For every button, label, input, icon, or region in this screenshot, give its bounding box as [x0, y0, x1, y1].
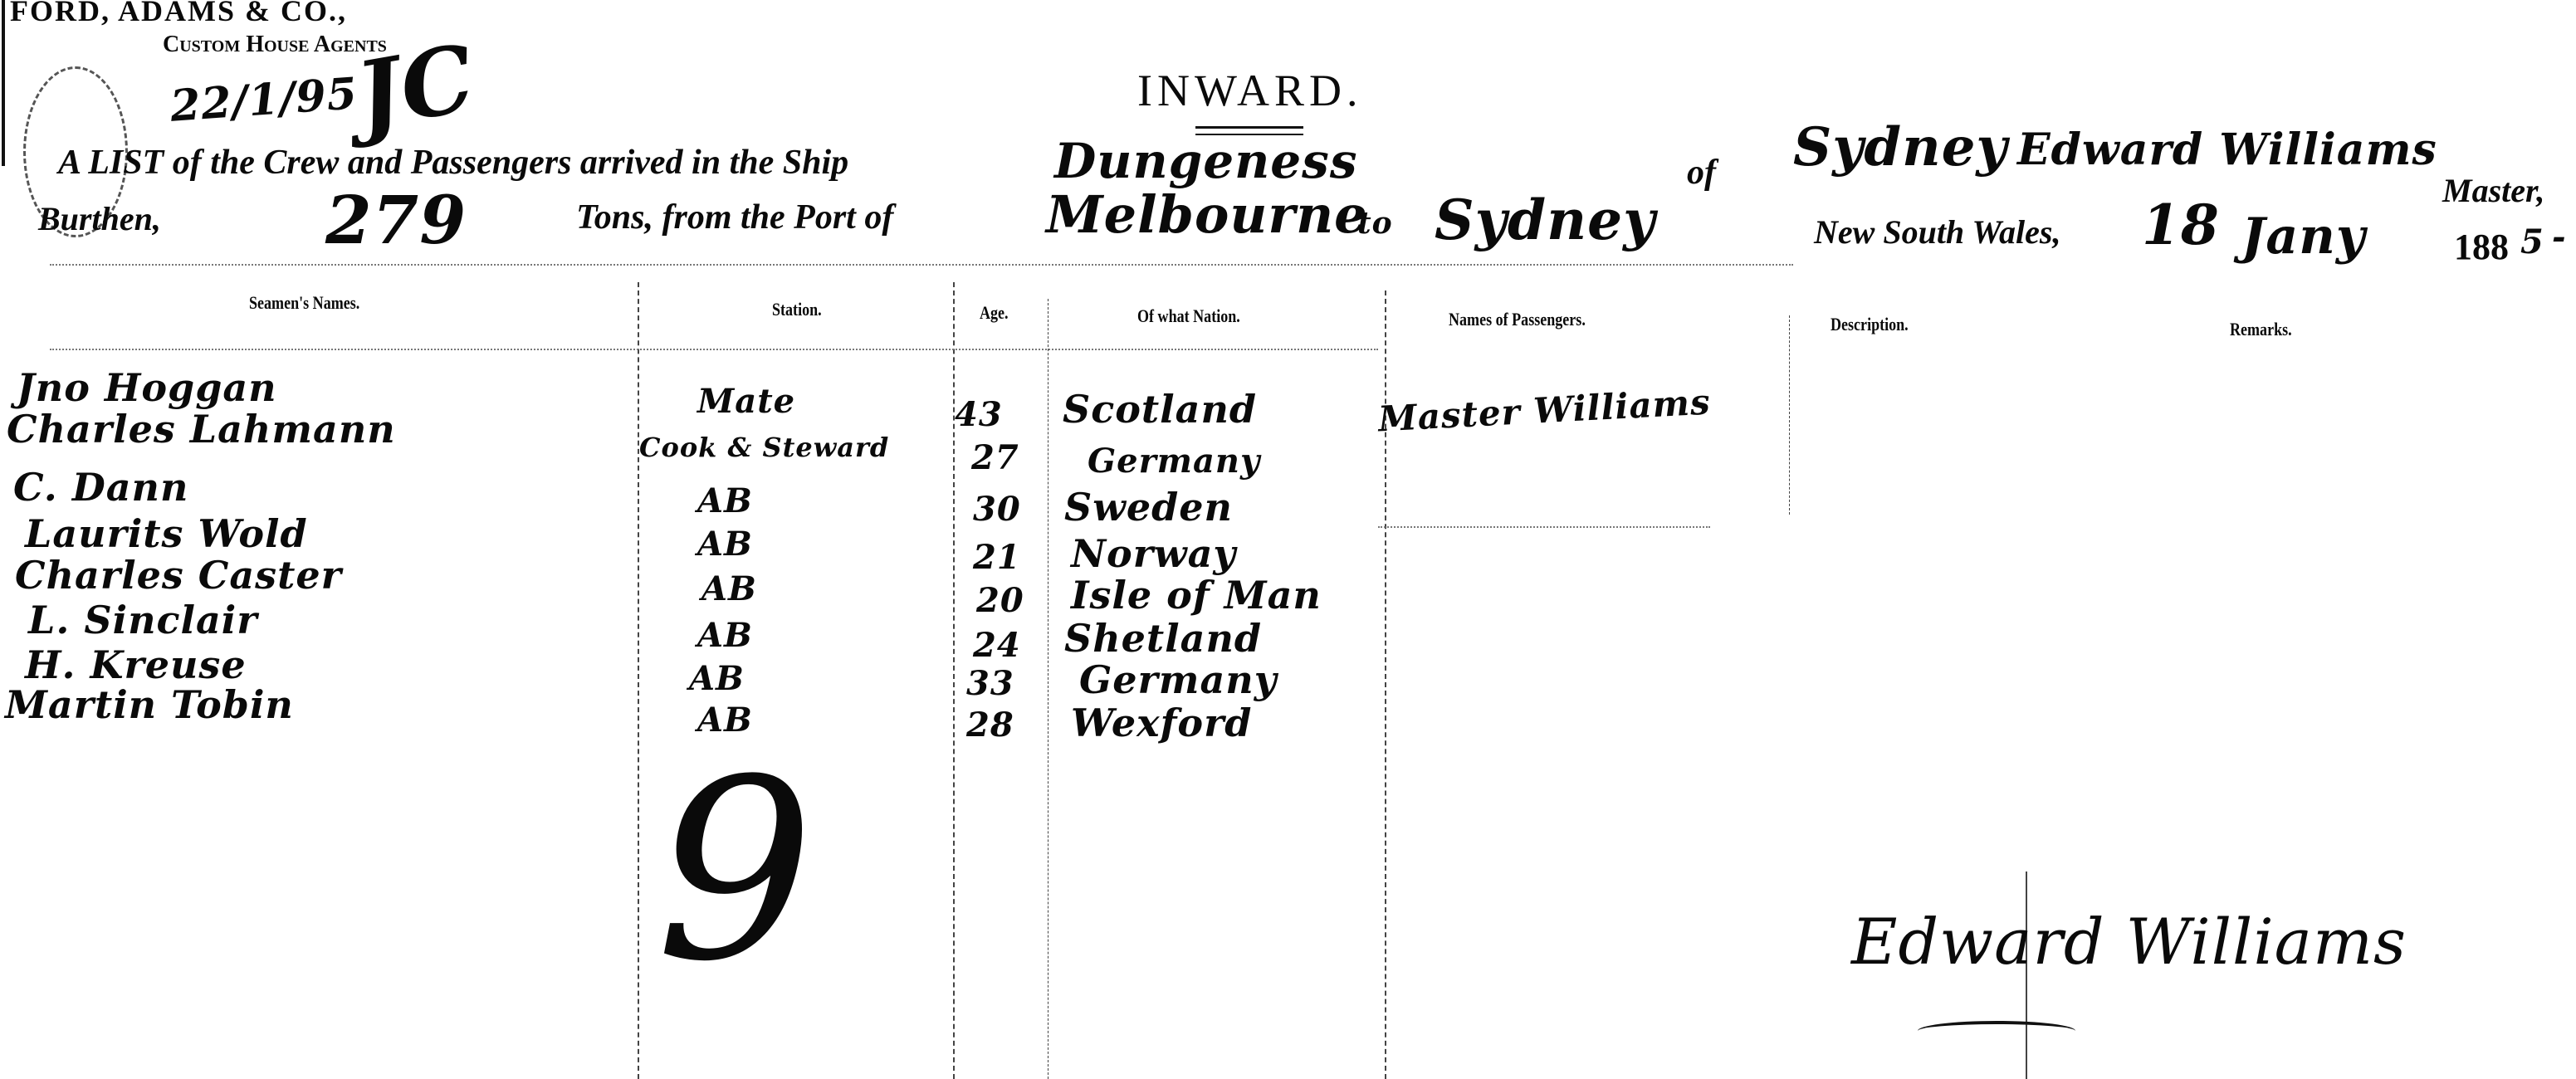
col-header-description: Description.: [1831, 314, 1909, 335]
seaman-station: AB: [701, 569, 757, 608]
seaman-name: Charles Lahmann: [7, 407, 396, 452]
seaman-nation: Shetland: [1064, 616, 1262, 661]
divider-age-nation: [1048, 299, 1048, 1079]
seaman-age: 27: [971, 438, 1019, 477]
agent-firm: FORD, ADAMS & CO.,: [10, 0, 347, 28]
seaman-name: Martin Tobin: [5, 682, 294, 727]
to-port: Sydney: [1435, 188, 1656, 252]
seaman-nation: Germany: [1088, 442, 1260, 481]
tons-from-port-label: Tons, from the Port of: [576, 198, 893, 237]
from-port: Melbourne: [1046, 184, 1368, 245]
seaman-station: AB: [697, 525, 753, 564]
col-header-remarks: Remarks.: [2230, 319, 2292, 340]
seaman-name: L. Sinclair: [28, 598, 258, 642]
seaman-age: 43: [955, 395, 1003, 434]
arrival-month: Jany: [2241, 207, 2366, 266]
date-annotation: 22/1/95: [169, 68, 359, 132]
master-name: Edward Williams: [2017, 124, 2437, 175]
seaman-age: 33: [966, 664, 1014, 703]
seaman-name: Charles Caster: [15, 553, 342, 598]
seaman-station: AB: [697, 616, 753, 655]
seaman-name: H. Kreuse: [25, 642, 247, 687]
col-header-station: Station.: [772, 299, 822, 320]
header-rule: [50, 264, 1793, 266]
seaman-nation: Isle of Man: [1071, 573, 1322, 618]
seaman-age: 21: [973, 538, 1021, 577]
col-header-age: Age.: [980, 302, 1009, 324]
seaman-station: AB: [689, 659, 745, 698]
seaman-age: 28: [966, 705, 1014, 745]
seaman-name: Jno Hoggan: [17, 365, 277, 410]
passenger-name: Master Williams: [1377, 382, 1712, 440]
home-port: Sydney: [1793, 116, 2008, 178]
seaman-name: C. Dann: [13, 465, 188, 510]
master-signature: Edward Williams: [1851, 905, 2407, 979]
col-header-nation: Of what Nation.: [1137, 305, 1240, 327]
seaman-station: Mate: [697, 382, 795, 421]
seaman-age: 20: [976, 581, 1024, 620]
of-label: of: [1687, 153, 1716, 193]
left-margin-rule: [2, 0, 5, 166]
seaman-age: 24: [973, 626, 1021, 665]
signature-flourish: [1918, 1021, 2075, 1041]
year-handwritten: 5: [2520, 222, 2544, 261]
arrival-day: 18: [2142, 193, 2220, 257]
seaman-nation: Germany: [1079, 657, 1277, 702]
crew-count: 9: [656, 747, 815, 996]
seaman-station: AB: [697, 481, 753, 520]
burthen-label: Burthen,: [38, 199, 161, 238]
seaman-station: Cook & Steward: [639, 432, 889, 463]
passenger-rule: [1378, 526, 1710, 528]
year-suffix-mark: -: [2552, 217, 2567, 256]
seaman-nation: Scotland: [1063, 387, 1257, 432]
colony-label: New South Wales,: [1814, 212, 2060, 251]
tonnage: 279: [325, 181, 467, 259]
col-header-seamen-names: Seamen's Names.: [249, 292, 359, 314]
seaman-age: 30: [973, 490, 1021, 529]
divider-names-station: [638, 282, 639, 1079]
divider-passengers-description: [1789, 315, 1790, 515]
column-header-rule: [50, 349, 1378, 350]
year-printed: 188: [2454, 226, 2509, 268]
list-heading: A LIST of the Crew and Passengers arrive…: [58, 143, 848, 183]
master-label: Master,: [2442, 171, 2544, 210]
initials-annotation: JC: [349, 24, 483, 150]
to-word: to: [1357, 206, 1393, 241]
col-header-passengers: Names of Passengers.: [1449, 309, 1586, 330]
seaman-nation: Sweden: [1064, 485, 1233, 530]
ship-name: Dungeness: [1054, 133, 1357, 189]
seaman-name: Laurits Wold: [25, 511, 308, 556]
seaman-nation: Norway: [1071, 531, 1236, 576]
seaman-nation: Wexford: [1071, 701, 1252, 745]
form-title: INWARD.: [1137, 65, 1362, 116]
